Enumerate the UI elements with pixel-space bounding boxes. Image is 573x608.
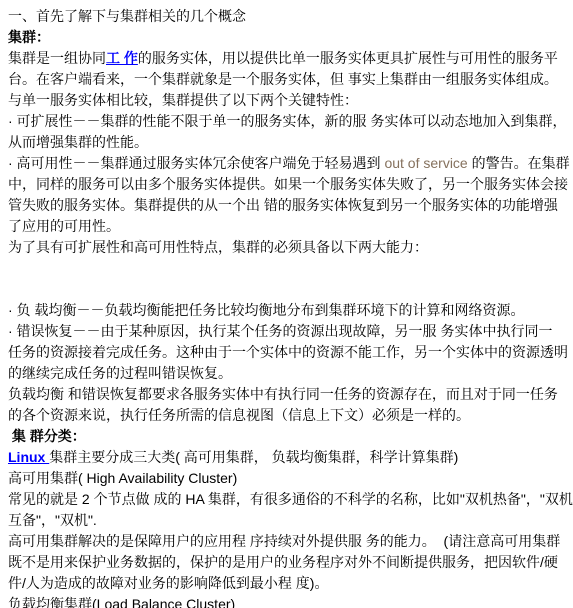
text-segment: 了应用的可用性。 bbox=[8, 218, 120, 234]
text-segment: 一、首先了解下与集群相关的几个概念 bbox=[8, 8, 246, 24]
text-line: 负载均衡集群(Load Balance Cluster) bbox=[8, 594, 571, 608]
text-line: 集 群分类： bbox=[8, 426, 571, 447]
text-segment: 与单一服务实体相比较，集群提供了以下两个关键特性： bbox=[8, 92, 358, 108]
text-segment: 件/人为造成的故障对业务的影响降低到最小程 度)。 bbox=[8, 575, 328, 591]
text-line: 一、首先了解下与集群相关的几个概念 bbox=[8, 6, 571, 27]
text-segment: 集 群分类： bbox=[8, 428, 86, 444]
text-line: · 可扩展性－－集群的性能不限于单一的服务实体，新的服 务实体可以动态地加入到集… bbox=[8, 111, 571, 132]
text-line: 中，同样的服务可以由多个服务实体提供。如果一个服务实体失败了，另一个服务实体会接 bbox=[8, 174, 571, 195]
text-line: 任务的资源接着完成任务。这种由于一个实体中的资源不能工作，另一个实体中的资源透明 bbox=[8, 342, 571, 363]
text-segment: 为了具有可扩展性和高可用性特点，集群的必须具备以下两大能力： bbox=[8, 239, 428, 255]
text-line: 从而增强集群的性能。 bbox=[8, 132, 571, 153]
text-line: 了应用的可用性。 bbox=[8, 216, 571, 237]
hyperlink[interactable]: 工 作 bbox=[106, 50, 138, 66]
text-segment: 管失败的服务实体。集群提供的从一个出 错的服务实体恢复到另一个服务实体的功能增强 bbox=[8, 197, 558, 213]
text-segment: 集群主要分成三大类( 高可用集群， 负载均衡集群，科学计算集群) bbox=[49, 449, 458, 465]
text-line: Linux 集群主要分成三大类( 高可用集群， 负载均衡集群，科学计算集群) bbox=[8, 447, 571, 468]
text-segment: 负载均衡集群(Load Balance Cluster) bbox=[8, 596, 235, 608]
text-segment: · 负 载均衡－－负载均衡能把任务比较均衡地分布到集群环境下的计算和网络资源。 bbox=[8, 302, 524, 318]
text-line: 常见的就是 2 个节点做 成的 HA 集群，有很多通俗的不科学的名称，比如"双机… bbox=[8, 489, 571, 510]
text-line: 的各个资源来说，执行任务所需的信息视图（信息上下文）必须是一样的。 bbox=[8, 405, 571, 426]
text-line: 高可用集群( High Availability Cluster) bbox=[8, 468, 571, 489]
text-segment: 互备"，"双机". bbox=[8, 512, 97, 528]
blank-line bbox=[8, 258, 571, 279]
text-segment: 任务的资源接着完成任务。这种由于一个实体中的资源不能工作，另一个实体中的资源透明 bbox=[8, 344, 568, 360]
text-segment: 既不是用来保护业务数据的，保护的是用户的业务程序对外不间断提供服务，把因软件/硬 bbox=[8, 554, 558, 570]
text-segment: 的继续完成任务的过程叫错误恢复。 bbox=[8, 365, 232, 381]
text-segment: 中，同样的服务可以由多个服务实体提供。如果一个服务实体失败了，另一个服务实体会接 bbox=[8, 176, 568, 192]
text-segment: · 高可用性－－集群通过服务实体冗余使客户端免于轻易遇到 bbox=[8, 155, 384, 171]
text-segment: 集群： bbox=[8, 29, 50, 45]
text-segment: 台。在客户端看来，一个集群就象是一个服务实体，但 事实上集群由一组服务实体组成。 bbox=[8, 71, 558, 87]
text-segment: · 错误恢复－－由于某种原因，执行某个任务的资源出现故障，另一服 务实体中执行同… bbox=[8, 323, 552, 339]
text-line: 与单一服务实体相比较，集群提供了以下两个关键特性： bbox=[8, 90, 571, 111]
text-segment: 的各个资源来说，执行任务所需的信息视图（信息上下文）必须是一样的。 bbox=[8, 407, 470, 423]
text-line: · 错误恢复－－由于某种原因，执行某个任务的资源出现故障，另一服 务实体中执行同… bbox=[8, 321, 571, 342]
text-line: 台。在客户端看来，一个集群就象是一个服务实体，但 事实上集群由一组服务实体组成。 bbox=[8, 69, 571, 90]
text-segment: 从而增强集群的性能。 bbox=[8, 134, 148, 150]
text-line: 集群： bbox=[8, 27, 571, 48]
hyperlink[interactable]: Linux bbox=[8, 449, 49, 465]
text-segment: 高可用集群解决的是保障用户的应用程 序持续对外提供服 务的能力。 (请注意高可用… bbox=[8, 533, 560, 549]
text-line: 互备"，"双机". bbox=[8, 510, 571, 531]
text-segment: 负载均衡 和错误恢复都要求各服务实体中有执行同一任务的资源存在，而且对于同一任务 bbox=[8, 386, 558, 402]
text-segment: 高可用集群( High Availability Cluster) bbox=[8, 470, 237, 486]
text-line: 为了具有可扩展性和高可用性特点，集群的必须具备以下两大能力： bbox=[8, 237, 571, 258]
text-line: 高可用集群解决的是保障用户的应用程 序持续对外提供服 务的能力。 (请注意高可用… bbox=[8, 531, 571, 552]
english-accent-text: out of service bbox=[384, 155, 467, 171]
document-body: 一、首先了解下与集群相关的几个概念集群：集群是一组协同工 作的服务实体，用以提供… bbox=[0, 0, 573, 608]
text-line: 集群是一组协同工 作的服务实体，用以提供比单一服务实体更具扩展性与可用性的服务平 bbox=[8, 48, 571, 69]
text-line: 管失败的服务实体。集群提供的从一个出 错的服务实体恢复到另一个服务实体的功能增强 bbox=[8, 195, 571, 216]
text-segment: 集群是一组协同 bbox=[8, 50, 106, 66]
text-segment: 的服务实体，用以提供比单一服务实体更具扩展性与可用性的服务平 bbox=[138, 50, 558, 66]
text-line: · 负 载均衡－－负载均衡能把任务比较均衡地分布到集群环境下的计算和网络资源。 bbox=[8, 300, 571, 321]
text-line: 的继续完成任务的过程叫错误恢复。 bbox=[8, 363, 571, 384]
blank-line bbox=[8, 279, 571, 300]
text-segment: 的警告。在集群 bbox=[468, 155, 570, 171]
text-line: 既不是用来保护业务数据的，保护的是用户的业务程序对外不间断提供服务，把因软件/硬 bbox=[8, 552, 571, 573]
text-segment: 常见的就是 2 个节点做 成的 HA 集群，有很多通俗的不科学的名称，比如"双机… bbox=[8, 491, 573, 507]
text-line: 负载均衡 和错误恢复都要求各服务实体中有执行同一任务的资源存在，而且对于同一任务 bbox=[8, 384, 571, 405]
text-line: 件/人为造成的故障对业务的影响降低到最小程 度)。 bbox=[8, 573, 571, 594]
text-line: · 高可用性－－集群通过服务实体冗余使客户端免于轻易遇到 out of serv… bbox=[8, 153, 571, 174]
text-segment: · 可扩展性－－集群的性能不限于单一的服务实体，新的服 务实体可以动态地加入到集… bbox=[8, 113, 566, 129]
